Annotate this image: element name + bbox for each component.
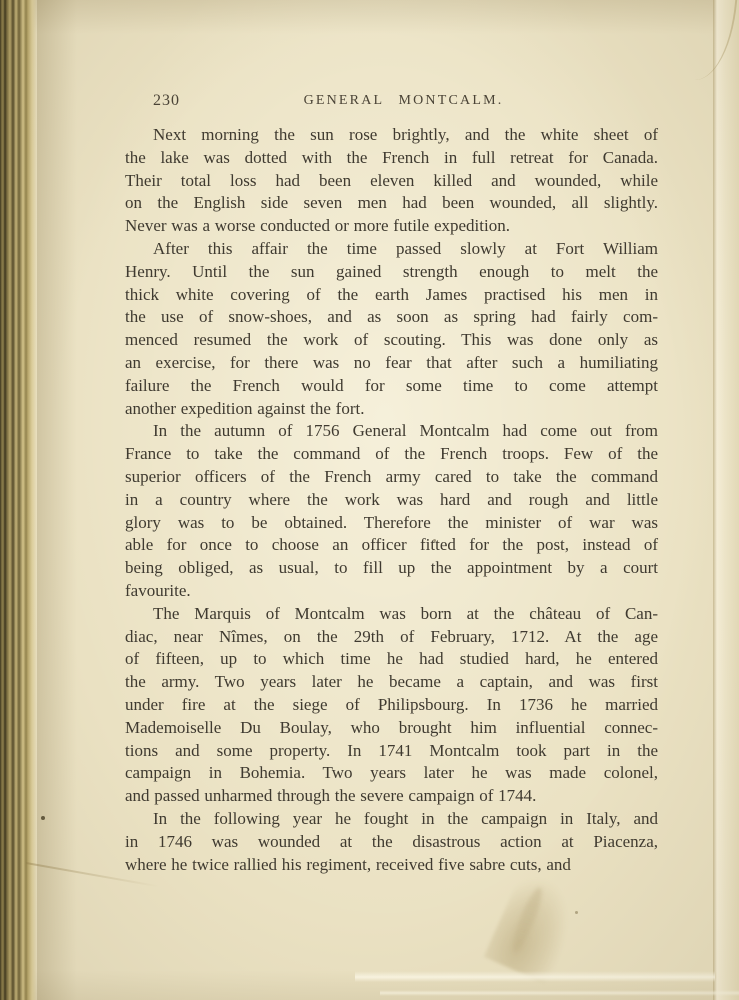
text-line: in 1746 was wounded at the disastrous ac… <box>125 831 658 854</box>
text-line: The Marquis of Montcalm was born at the … <box>125 603 658 626</box>
text-line: of fifteen, up to which time he had stud… <box>125 648 658 671</box>
book-page-scan: 230 GENERAL MONTCALM. Next morning the s… <box>0 0 739 1000</box>
text-line: the army. Two years later he became a ca… <box>125 671 658 694</box>
text-line: campaign in Bohemia. Two years later he … <box>125 762 658 785</box>
next-page-edge-band <box>355 971 715 982</box>
text-line: After this affair the time passed slowly… <box>125 238 658 261</box>
paper-speck <box>41 816 45 820</box>
text-line: the use of snow-shoes, and as soon as sp… <box>125 306 658 329</box>
text-line: the lake was dotted with the French in f… <box>125 147 658 170</box>
paper-stain <box>484 870 587 985</box>
binding-shadow <box>37 0 77 1000</box>
text-line: Next morning the sun rose brightly, and … <box>125 124 658 147</box>
text-line: where he twice rallied his regiment, rec… <box>125 854 658 877</box>
running-header: GENERAL MONTCALM. <box>149 93 658 109</box>
text-line: Mademoiselle Du Boulay, who brought him … <box>125 717 658 740</box>
paragraph: In the following year he fought in the c… <box>125 808 658 876</box>
text-line: and passed unharmed through the severe c… <box>125 785 658 808</box>
text-line: Their total loss had been eleven killed … <box>125 170 658 193</box>
text-line: menced resumed the work of scouting. Thi… <box>125 329 658 352</box>
page-right-edge <box>713 0 739 1000</box>
text-line: another expedition against the fort. <box>125 398 658 421</box>
book-binding-edge <box>0 0 37 1000</box>
paper-speck <box>433 539 436 542</box>
text-line: on the English side seven men had been w… <box>125 192 658 215</box>
page-header: 230 GENERAL MONTCALM. <box>125 92 658 114</box>
paragraph: Next morning the sun rose brightly, and … <box>125 124 658 238</box>
paragraph: The Marquis of Montcalm was born at the … <box>125 603 658 808</box>
text-line: thick white covering of the earth James … <box>125 284 658 307</box>
text-line: France to take the command of the French… <box>125 443 658 466</box>
page-text: Next morning the sun rose brightly, and … <box>125 124 658 876</box>
text-line: failure the French would for some time t… <box>125 375 658 398</box>
text-line: Never was a worse conducted or more futi… <box>125 215 658 238</box>
text-line: diac, near Nîmes, on the 29th of Februar… <box>125 626 658 649</box>
text-line: being obliged, as usual, to fill up the … <box>125 557 658 580</box>
text-line: glory was to be obtained. Therefore the … <box>125 512 658 535</box>
text-line: superior officers of the French army car… <box>125 466 658 489</box>
text-line: tions and some property. In 1741 Montcal… <box>125 740 658 763</box>
text-line: an exercise, for there was no fear that … <box>125 352 658 375</box>
text-line: able for once to choose an officer fitte… <box>125 534 658 557</box>
text-line: favourite. <box>125 580 658 603</box>
paper-speck <box>575 911 578 914</box>
paragraph: After this affair the time passed slowly… <box>125 238 658 420</box>
paragraph: In the autumn of 1756 General Montcalm h… <box>125 420 658 602</box>
text-line: in a country where the work was hard and… <box>125 489 658 512</box>
text-line: In the following year he fought in the c… <box>125 808 658 831</box>
text-line: under fire at the siege of Philipsbourg.… <box>125 694 658 717</box>
text-line: Henry. Until the sun gained strength eno… <box>125 261 658 284</box>
next-page-edge-band-2 <box>380 990 739 996</box>
text-line: In the autumn of 1756 General Montcalm h… <box>125 420 658 443</box>
